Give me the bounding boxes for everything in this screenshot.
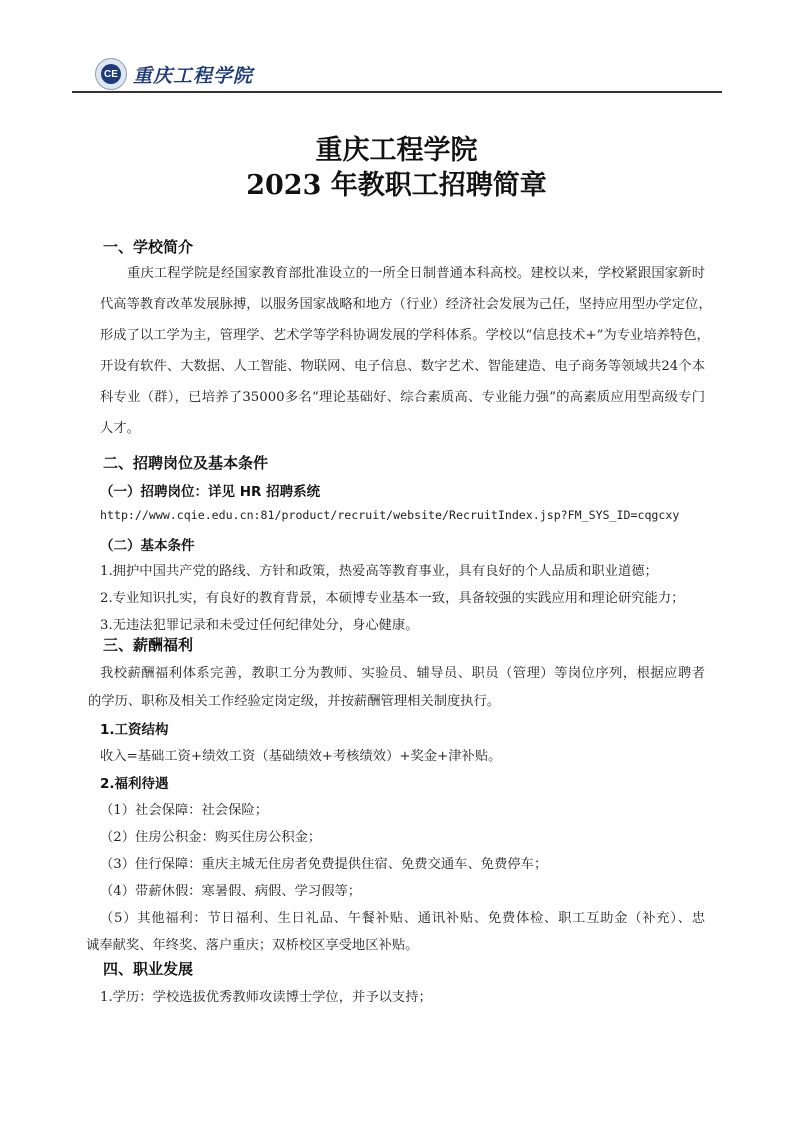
requirement-item: 2.专业知识扎实，有良好的教育背景，本硕博专业基本一致，具备较强的实践应用和理论… — [100, 587, 684, 606]
welfare-item: （4）带薪休假：寒暑假、病假、学习假等； — [100, 880, 361, 899]
school-emblem-icon: CE — [95, 58, 127, 90]
subheading-positions: （一）招聘岗位：详见 HR 招聘系统 — [100, 480, 320, 500]
requirement-item: 3.无违法犯罪记录和未受过任何纪律处分，身心健康。 — [100, 614, 419, 633]
requirement-item: 1.拥护中国共产党的路线、方针和政策，热爱高等教育事业，具有良好的个人品质和职业… — [100, 560, 658, 579]
subheading-welfare: 2.福利待遇 — [100, 772, 169, 792]
document-header: CE 重庆工程学院 — [95, 56, 253, 92]
paragraph-line: 人才。 — [100, 417, 140, 436]
paragraph-line: 科专业（群），已培养了35000多名“理论基础好、综合素质高、专业能力强”的高素… — [100, 386, 705, 405]
section-heading-career-development: 四、职业发展 — [103, 958, 193, 979]
welfare-item: （5）其他福利：节日福利、生日礼品、午餐补贴、通讯补贴、免费体检、职工互助金（补… — [100, 907, 705, 926]
career-item: 1.学历：学校选拔优秀教师攻读博士学位，并予以支持； — [100, 986, 432, 1005]
paragraph-line: 形成了以工学为主，管理学、艺术学等学科协调发展的学科体系。学校以“信息技术+”为… — [100, 324, 705, 343]
subheading-salary-structure: 1.工资结构 — [100, 718, 169, 738]
document-title-line2: 2023 年教职工招聘简章 — [0, 163, 793, 202]
document-title-line1: 重庆工程学院 — [0, 128, 793, 167]
salary-structure-text: 收入=基础工资+绩效工资（基础绩效+考核绩效）+奖金+津补贴。 — [100, 745, 501, 764]
welfare-item: （2）住房公积金：购买住房公积金； — [100, 826, 321, 845]
recruitment-system-link[interactable]: http://www.cqie.edu.cn:81/product/recrui… — [100, 508, 679, 522]
welfare-item: （3）住行保障：重庆主城无住房者免费提供住宿、免费交通车、免费停车； — [100, 853, 547, 872]
section-heading-school-intro: 一、学校简介 — [103, 236, 193, 257]
paragraph-line: 开设有软件、大数据、人工智能、物联网、电子信息、数字艺术、智能建造、电子商务等领… — [100, 355, 705, 374]
paragraph-line: 我校薪酬福利体系完善，教职工分为教师、实验员、辅导员、职员（管理）等岗位序列，根… — [100, 662, 705, 681]
section-heading-positions: 二、招聘岗位及基本条件 — [103, 452, 268, 473]
header-divider — [72, 91, 722, 93]
subheading-basic-requirements: （二）基本条件 — [100, 534, 195, 554]
school-logo-text: 重庆工程学院 — [133, 61, 253, 88]
section-heading-compensation: 三、薪酬福利 — [103, 634, 193, 655]
paragraph-line: 代高等教育改革发展脉搏，以服务国家战略和地方（行业）经济社会发展为己任，坚持应用… — [100, 293, 705, 312]
emblem-inner: CE — [101, 64, 121, 84]
paragraph-line: 重庆工程学院是经国家教育部批准设立的一所全日制普通本科高校。建校以来，学校紧跟国… — [127, 262, 705, 281]
welfare-item: （1）社会保障：社会保险； — [100, 799, 268, 818]
paragraph-line: 的学历、职称及相关工作经验定岗定级，并按薪酬管理相关制度执行。 — [88, 690, 500, 709]
welfare-item-continued: 诚奉献奖、年终奖、落户重庆；双桥校区享受地区补贴。 — [86, 934, 418, 953]
